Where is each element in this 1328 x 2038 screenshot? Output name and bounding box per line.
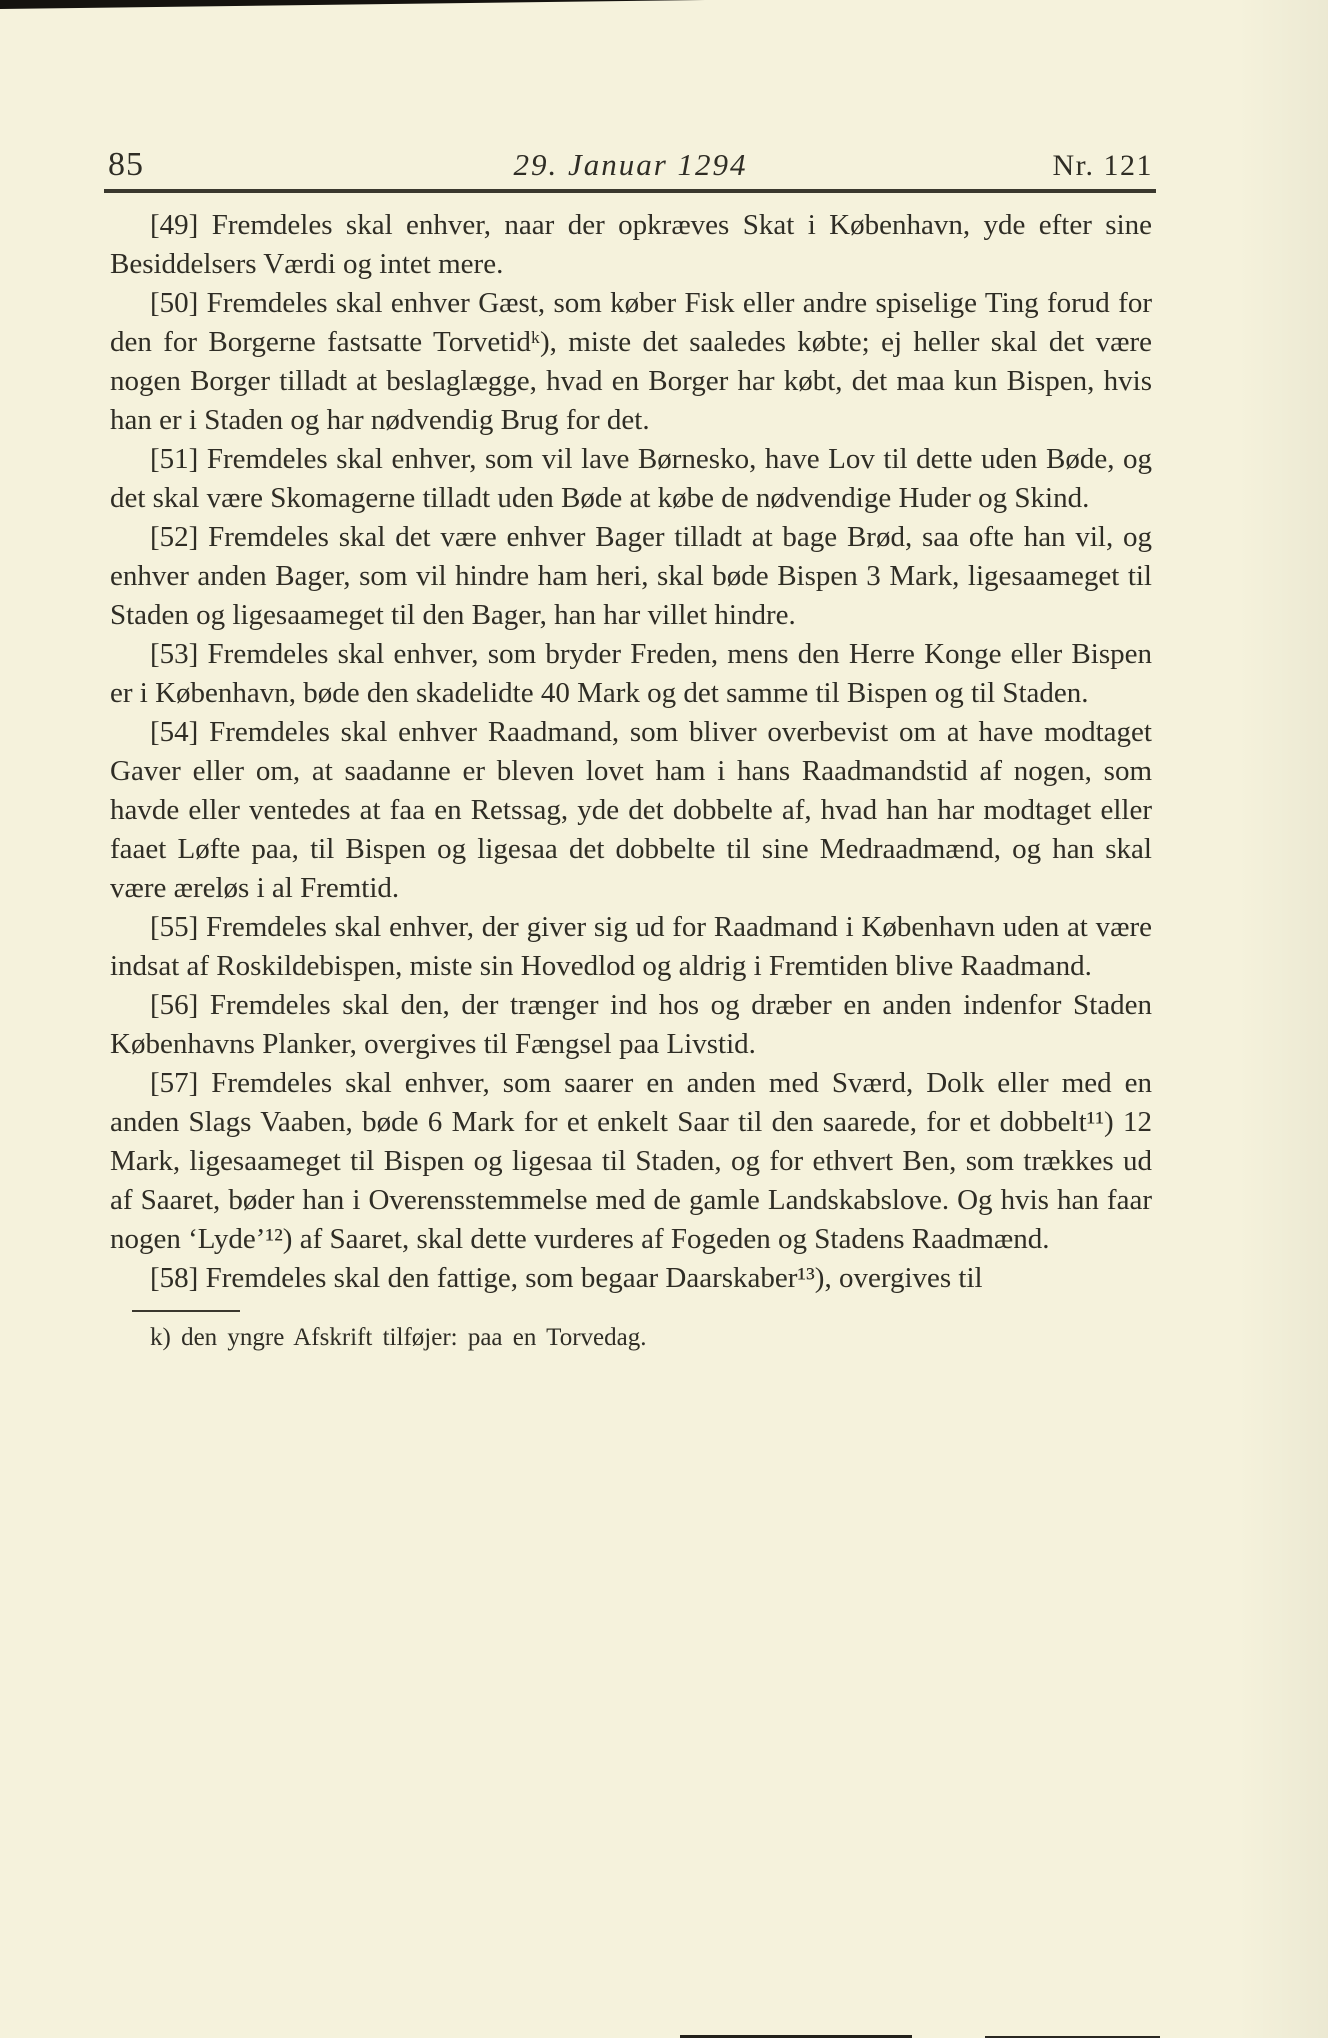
document-page: 85 29. Januar 1294 Nr. 121 [49] Fremdele… — [0, 0, 1328, 2038]
footnote: k) den yngre Afskrift tilføjer: paa en T… — [150, 1322, 1152, 1354]
scan-shading — [1238, 0, 1328, 2038]
page-header: 85 29. Januar 1294 Nr. 121 — [108, 146, 1153, 184]
paragraph: [58] Fremdeles skal den fattige, som beg… — [110, 1259, 1152, 1298]
paragraph: [50] Fremdeles skal enhver Gæst, som køb… — [110, 284, 1152, 440]
paragraph: [57] Fremdeles skal enhver, som saarer e… — [110, 1064, 1152, 1259]
footnote-separator — [132, 1310, 240, 1312]
paragraph: [56] Fremdeles skal den, der trænger ind… — [110, 986, 1152, 1064]
header-rule — [104, 189, 1156, 193]
body-text: [49] Fremdeles skal enhver, naar der opk… — [110, 206, 1152, 1354]
paragraph: [54] Fremdeles skal enhver Raadmand, som… — [110, 713, 1152, 908]
paragraph: [51] Fremdeles skal enhver, som vil lave… — [110, 440, 1152, 518]
header-date: 29. Januar 1294 — [456, 147, 804, 183]
page-number: 85 — [108, 146, 456, 184]
paragraph: [55] Fremdeles skal enhver, der giver si… — [110, 908, 1152, 986]
header-doc-number: Nr. 121 — [805, 149, 1153, 183]
paragraph: [53] Fremdeles skal enhver, som bryder F… — [110, 635, 1152, 713]
scan-edge-artifact-top — [0, 0, 705, 9]
paragraph: [52] Fremdeles skal det være enhver Bage… — [110, 518, 1152, 635]
paragraph: [49] Fremdeles skal enhver, naar der opk… — [110, 206, 1152, 284]
